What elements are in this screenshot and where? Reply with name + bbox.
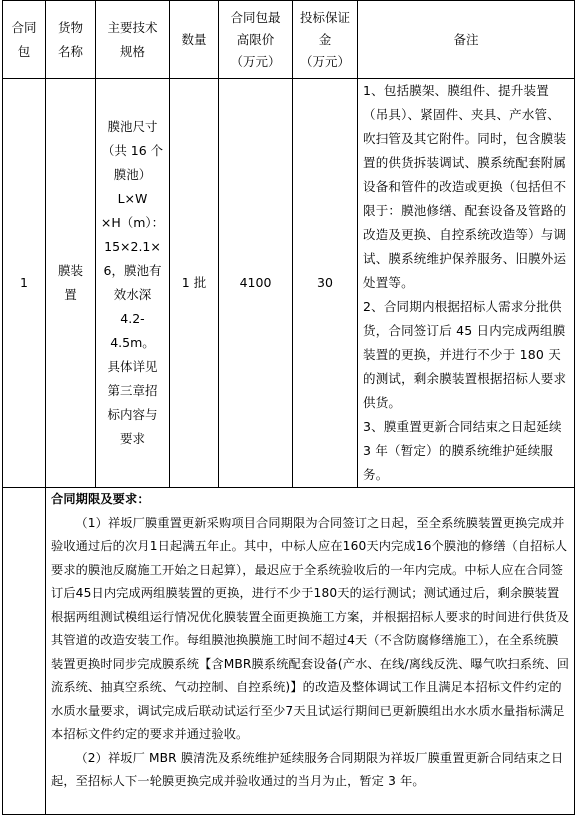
terms-title: 合同期限及要求： (51, 488, 570, 512)
tech-spec: 膜池尺寸（共 16 个膜池）L×W×H（m）：15×2.1×6，膜池有效水深4.… (96, 79, 170, 488)
contract-terms: 合同期限及要求： （1）祥坂厂膜重置更新采购项目合同期限为合同签订之日起，至全系… (46, 488, 575, 755)
procurement-table: 合同包 货物名称 主要技术规格 数量 合同包最高限价（万元） 投标保证金（万元）… (2, 0, 575, 754)
header-quantity: 数量 (170, 1, 219, 79)
terms-paragraph: （1）祥坂厂膜重置更新采购项目合同期限为合同签订之日起，至全系统膜装置更换完成并… (51, 512, 570, 747)
remark-item: 2、合同期内根据招标人需求分批供货，合同签订后 45 日内完成两组膜装置的更换，… (363, 295, 570, 415)
terms-paragraph: （2）祥坂厂 MBR 膜清洗及系统维护延续服务合同期限为祥坂厂膜重置更新合同结束… (51, 747, 570, 755)
terms-empty-cell (3, 488, 46, 755)
header-package: 合同包 (3, 1, 46, 79)
max-price: 4100 (219, 79, 293, 488)
header-spec: 主要技术规格 (96, 1, 170, 79)
header-max-price: 合同包最高限价（万元） (219, 1, 293, 79)
quantity: 1 批 (170, 79, 219, 488)
remarks: 1、包括膜架、膜组件、提升装置（吊具）、紧固件、夹具、产水管、吹扫管及其它附件。… (358, 79, 575, 488)
header-deposit: 投标保证金（万元） (293, 1, 358, 79)
remark-item: 1、包括膜架、膜组件、提升装置（吊具）、紧固件、夹具、产水管、吹扫管及其它附件。… (363, 79, 570, 295)
table-row: 1 膜装置 膜池尺寸（共 16 个膜池）L×W×H（m）：15×2.1×6，膜池… (3, 79, 575, 488)
deposit: 30 (293, 79, 358, 488)
remark-item: 3、膜重置更新合同结束之日起延续 3 年（暂定）的膜系统维护延续服务。 (363, 415, 570, 487)
header-goods-name: 货物名称 (46, 1, 96, 79)
package-number: 1 (3, 79, 46, 488)
table-header-row: 合同包 货物名称 主要技术规格 数量 合同包最高限价（万元） 投标保证金（万元）… (3, 1, 575, 79)
header-remarks: 备注 (358, 1, 575, 79)
contract-terms-row: 合同期限及要求： （1）祥坂厂膜重置更新采购项目合同期限为合同签订之日起，至全系… (3, 488, 575, 755)
goods-name: 膜装置 (46, 79, 96, 488)
